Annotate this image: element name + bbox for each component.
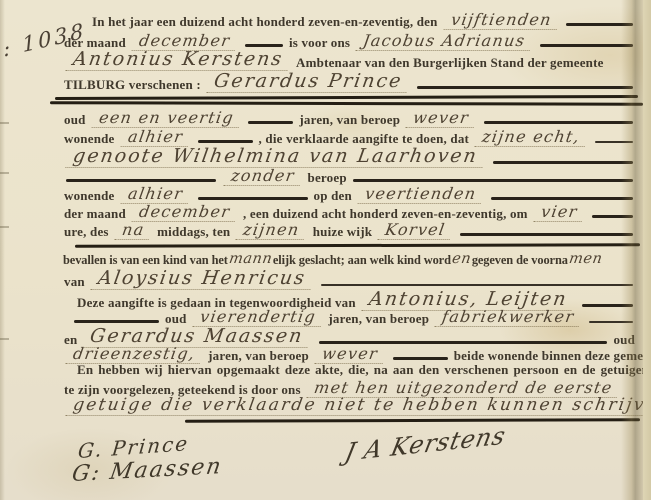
printed-text: ure, des	[62, 225, 111, 240]
printed-text: jaren, van beroep	[326, 312, 431, 327]
line-child-gender: bevallen is van een kind van het mann el…	[62, 252, 637, 268]
printed-text: is voor ons	[287, 36, 352, 51]
margin-ruled-mark	[0, 226, 9, 228]
handwritten-birth-hour: vier	[533, 204, 584, 222]
handwritten-act-day: vijftienden	[443, 12, 559, 30]
book-gutter	[621, 0, 644, 500]
handwritten-child-names: Aloysius Henricus	[90, 269, 313, 290]
handwritten-suffix-men: men	[568, 252, 604, 268]
ink-line	[493, 161, 633, 164]
printed-text: gegeven de voorna	[471, 254, 569, 268]
ink-line	[460, 233, 633, 236]
handwritten-declarant-name: Gerardus Prince	[206, 72, 409, 93]
line-registrar-surname: Antonius Kerstens Ambtenaar van den Burg…	[62, 50, 637, 71]
ink-line	[74, 320, 159, 323]
section-rule	[50, 101, 643, 106]
printed-text: op den	[312, 189, 354, 204]
handwritten-suffix-en: en	[451, 252, 472, 268]
handwritten-spouse-clause: zijne echt,	[475, 129, 588, 147]
ink-line	[491, 197, 633, 200]
birth-certificate-scan: : 1038 In het jaar een duizend acht hond…	[0, 0, 651, 500]
handwritten-birth-month: december	[131, 204, 237, 222]
ink-line	[66, 179, 216, 182]
margin-ruled-mark	[0, 338, 9, 340]
line-year-day: In het jaar een duizend acht honderd zev…	[90, 12, 637, 30]
ink-line	[321, 284, 633, 286]
line-closing-3: getuige die verklaarde niet te hebben ku…	[62, 397, 637, 416]
line-mother-name: genoote Wilhelmina van Laarhoven	[62, 147, 637, 168]
printed-text: oud	[62, 113, 88, 128]
handwritten-declarant-age: een en veertig	[91, 110, 241, 128]
line-declarant-age: oud een en veertig jaren, van beroep wev…	[62, 110, 637, 128]
printed-text: jaren, van beroep	[297, 113, 402, 128]
line-birth-month-hour: der maand december , een duizend acht ho…	[62, 204, 637, 222]
printed-text: In het jaar een duizend acht honderd zev…	[90, 15, 440, 30]
handwritten-declarant-profession: wever	[406, 110, 477, 128]
handwritten-registrar-surname: Antonius Kerstens	[65, 50, 290, 71]
printed-text: elijk geslacht; aan welk kind word	[272, 254, 452, 268]
printed-text: beroep	[306, 171, 349, 186]
printed-text: Ambtenaar van den Burgerlijken Stand der…	[294, 56, 606, 71]
printed-text: En hebben wij hiervan opgemaakt deze akt…	[75, 363, 651, 378]
handwritten-zijnen-huize: zijnen	[236, 222, 307, 240]
handwritten-district: Korvel	[378, 222, 453, 240]
ink-line	[245, 44, 283, 47]
line-declarant: TILBURG verschenen : Gerardus Prince	[62, 72, 637, 93]
line-child-names: van Aloysius Henricus	[62, 269, 637, 290]
handwritten-gender: mann	[228, 252, 274, 268]
section-rule	[185, 418, 640, 423]
handwritten-na-middags: na	[114, 222, 151, 240]
printed-text: der maand	[62, 207, 128, 222]
printed-text: TILBURG verschenen :	[62, 78, 203, 93]
section-rule	[75, 243, 640, 247]
handwritten-registrar-firstnames: Jacobus Adrianus	[356, 33, 533, 51]
ink-line	[393, 357, 448, 360]
handwritten-witness1-profession: fabriekwerker	[435, 309, 582, 327]
ink-line	[484, 121, 633, 124]
handwritten-birth-day: veertienden	[358, 186, 484, 204]
ink-line	[540, 44, 633, 47]
line-birth-place: ure, des na middags, ten zijnen huize wi…	[62, 222, 637, 240]
ink-line	[353, 179, 633, 182]
handwritten-closing-clause-2: getuige die verklaarde niet te hebben ku…	[65, 397, 651, 416]
handwritten-mother-no-profession: zonder	[224, 168, 302, 186]
ink-line	[198, 140, 253, 143]
handwritten-mother-name: genoote Wilhelmina van Laarhoven	[65, 147, 485, 168]
margin-ruled-mark	[0, 122, 9, 124]
section-rule	[55, 95, 638, 100]
scan-left-edge	[0, 0, 5, 500]
ink-line	[248, 121, 293, 124]
printed-text: bevallen is van een kind van het	[62, 254, 229, 268]
ink-line	[198, 197, 308, 200]
printed-text: van	[62, 275, 87, 290]
printed-text: middags, ten	[155, 225, 232, 240]
line-closing-1: En hebben wij hiervan opgemaakt deze akt…	[75, 363, 637, 378]
signature-registrar: J A Kerstens	[342, 421, 508, 467]
ink-line	[417, 86, 633, 89]
adjacent-page-edge	[643, 0, 651, 500]
printed-text: huize wijk	[311, 225, 374, 240]
printed-text: wonende	[62, 189, 117, 204]
margin-ruled-mark	[0, 172, 9, 174]
